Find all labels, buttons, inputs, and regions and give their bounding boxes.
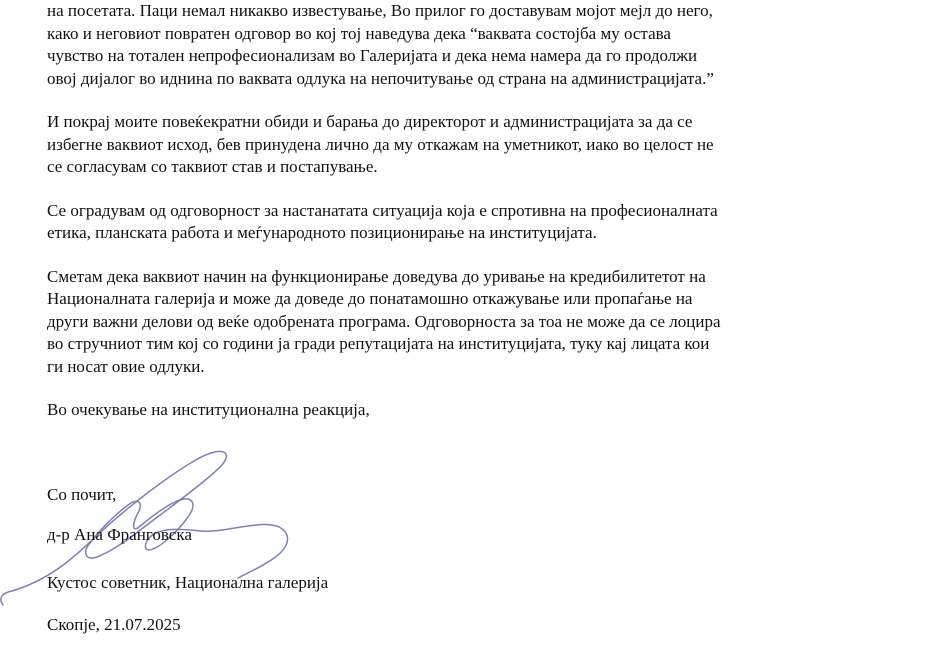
paragraph-line: И покрај моите повеќекратни обиди и бара…: [47, 111, 891, 134]
signatory-name: д-р Ана Франговска: [47, 524, 192, 547]
paragraph-line: Националната галерија и може да доведе д…: [47, 288, 891, 311]
paragraph-line: етика, планската работа и меѓународното …: [47, 222, 891, 245]
paragraph: И покрај моите повеќекратни обиди и бара…: [47, 111, 891, 179]
paragraph-line: на посетата. Паци немал никакво известув…: [47, 0, 891, 23]
paragraph-line: избегне ваквиот исход, бев принудена лич…: [47, 134, 891, 157]
paragraph-line: Сметам дека ваквиот начин на функционира…: [47, 266, 891, 289]
paragraph: на посетата. Паци немал никакво известув…: [47, 0, 891, 90]
paragraph-line: овој дијалог во иднина по ваквата одлука…: [47, 68, 891, 91]
paragraph: Сметам дека ваквиот начин на функционира…: [47, 266, 891, 379]
paragraph-line: Се оградувам од одговорност за настаната…: [47, 200, 891, 223]
paragraph-line: други важни делови од веќе одобрената пр…: [47, 311, 891, 334]
paragraph-line: чувство на тотален непрофесионализам во …: [47, 45, 891, 68]
paragraph-line: ги носат овие одлуки.: [47, 356, 891, 379]
paragraph-line: во стручниот тим кој со години ја гради …: [47, 333, 891, 356]
place-date: Скопје, 21.07.2025: [47, 614, 181, 637]
paragraph-line: како и неговиот повратен одговор во кој …: [47, 23, 891, 46]
signatory-title: Кустос советник, Национална галерија: [47, 572, 328, 595]
letter-body: на посетата. Паци немал никакво известув…: [47, 0, 891, 443]
paragraph-line: Во очекување на институционална реакција…: [47, 399, 891, 422]
letter-document: на посетата. Паци немал никакво известув…: [0, 0, 931, 653]
paragraph: Се оградувам од одговорност за настаната…: [47, 200, 891, 245]
paragraph-line: се согласувам со таквиот став и постапув…: [47, 156, 891, 179]
closing-salutation: Со почит,: [47, 484, 116, 507]
paragraph: Во очекување на институционална реакција…: [47, 399, 891, 422]
